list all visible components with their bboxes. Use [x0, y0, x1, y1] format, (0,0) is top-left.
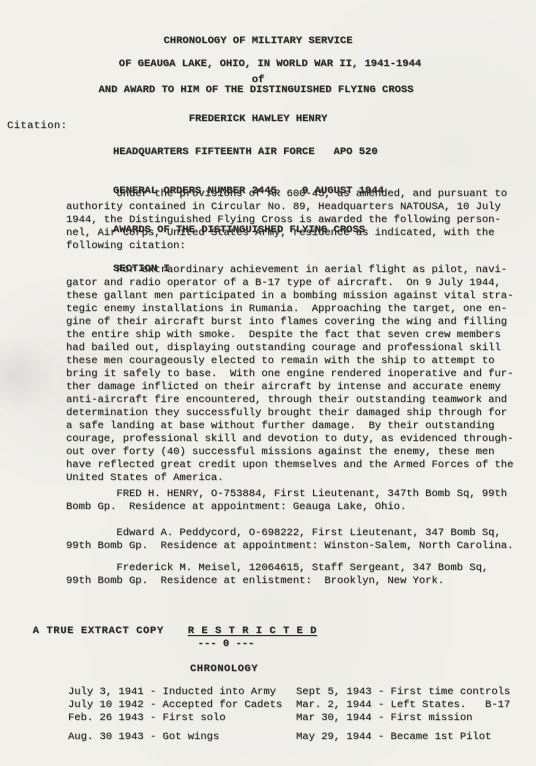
chronology-table: July 3, 1941 - Inducted into Army July 1…: [68, 686, 536, 744]
page-title: CHRONOLOGY OF MILITARY SERVICE: [0, 35, 516, 48]
chronology-entry: Sept 5, 1943 - First time controls: [296, 686, 536, 699]
provisions-paragraph: Under the provisions of AR 600-45, as am…: [66, 188, 528, 253]
extract-copy-label: A TRUE EXTRACT COPY: [33, 625, 164, 637]
restricted-stamp: R E S T R I C T E D: [188, 625, 317, 637]
citation-header-line: HEADQUARTERS FIFTEENTH AIR FORCE APO 520: [113, 146, 384, 159]
subtitle-award: AND AWARD TO HIM OF THE DISTINGUISHED FL…: [0, 84, 512, 97]
personnel-entry-meisel: Frederick M. Meisel, 12064615, Staff Ser…: [66, 562, 528, 588]
chronology-entry: Mar. 2, 1944 - Left States. B-17: [296, 699, 536, 712]
chronology-right-column: Sept 5, 1943 - First time controls Mar. …: [296, 686, 536, 744]
document-page: CHRONOLOGY OF MILITARY SERVICE of FREDER…: [0, 0, 536, 766]
citation-text-paragraph: For extraordinary achievement in aerial …: [66, 264, 528, 485]
chronology-entry: Feb. 26 1943 - First solo: [68, 712, 296, 725]
chronology-entry: Aug. 30 1943 - Got wings: [68, 731, 296, 744]
chronology-title: CHRONOLOGY: [0, 663, 448, 676]
personnel-entry-peddycord: Edward A. Peddycord, O-698222, First Lie…: [66, 527, 528, 553]
citation-label: Citation:: [7, 120, 67, 133]
personnel-entry-henry: FRED H. HENRY, O-753884, First Lieutenan…: [66, 488, 528, 514]
subtitle-location: OF GEAUGA LAKE, OHIO, IN WORLD WAR II, 1…: [0, 58, 536, 71]
chronology-left-column: July 3, 1941 - Inducted into Army July 1…: [68, 686, 296, 744]
chronology-entry: Mar 30, 1944 - First mission: [296, 712, 536, 725]
chronology-entry: July 3, 1941 - Inducted into Army: [68, 686, 296, 699]
section-divider: --- 0 ---: [0, 638, 452, 651]
chronology-entry: May 29, 1944 - Became 1st Pilot: [296, 731, 536, 744]
chronology-entry: July 10 1942 - Accepted for Cadets: [68, 699, 296, 712]
